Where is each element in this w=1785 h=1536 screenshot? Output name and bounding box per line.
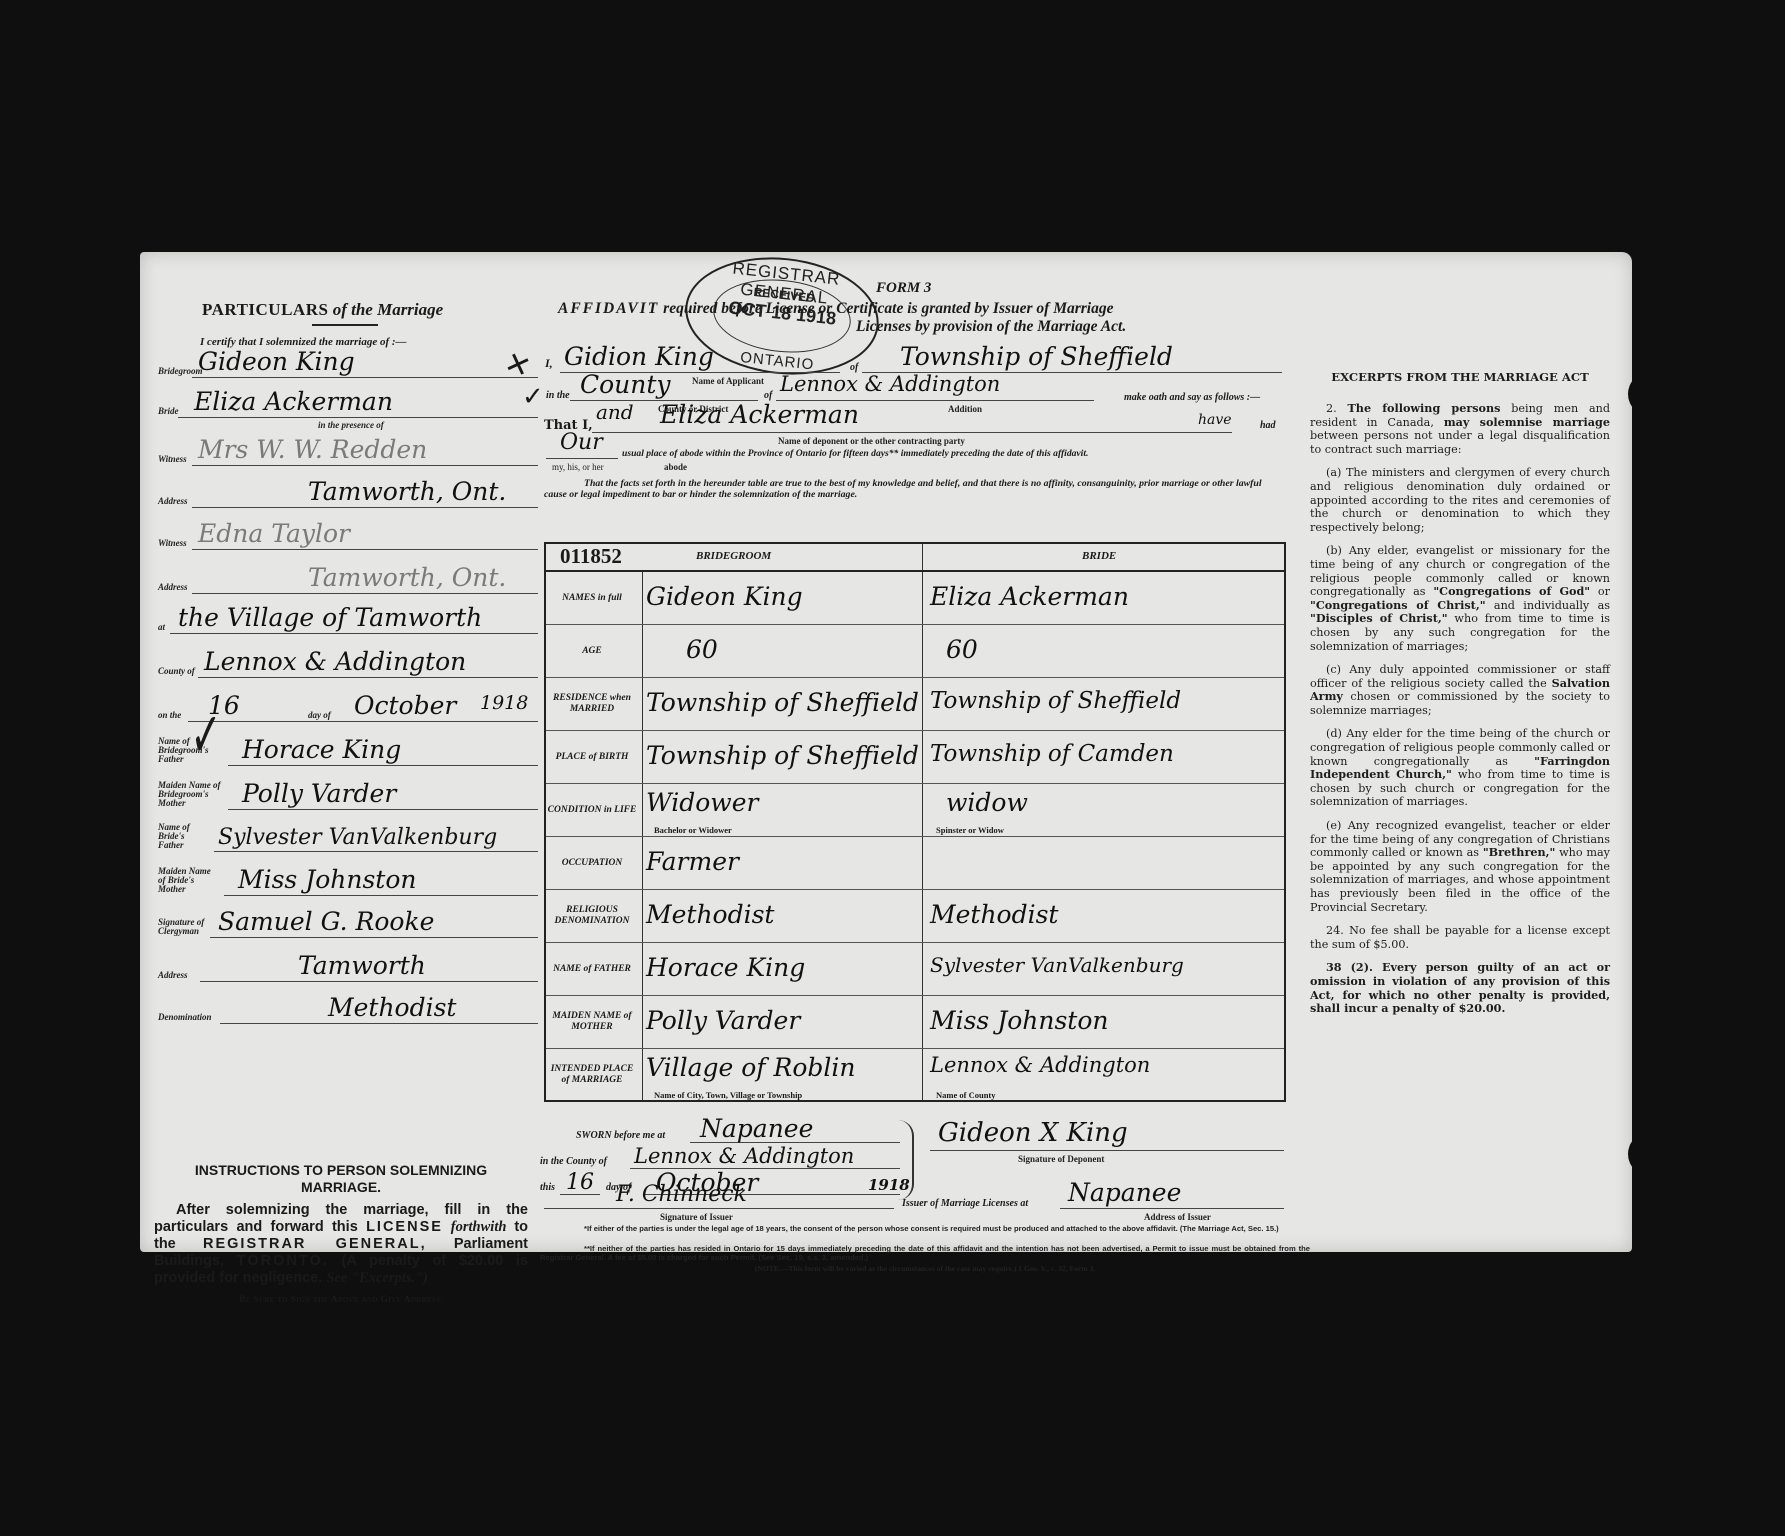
form-number: FORM 3 [876, 280, 931, 297]
punch-hole-top [1628, 372, 1672, 416]
excerpt-e: (e) Any recognized evangelist, teacher o… [1310, 819, 1610, 914]
table-row-birthplace: PLACE of BIRTH Township of Sheffield Tow… [546, 731, 1284, 784]
footnote-3: (NOTE.—This form will be varied as the c… [540, 1264, 1310, 1273]
footnote-2: **If neither of the parties has resided … [540, 1244, 1310, 1262]
sworn-place: Napanee [700, 1114, 813, 1143]
field-denomination: Denomination Methodist [158, 994, 538, 1024]
particulars-title: PARTICULARS of the Marriage [202, 300, 443, 320]
marriage-registration-document: PARTICULARS of the Marriage I certify th… [140, 252, 1632, 1252]
table-body: NAMES in full Gideon King Eliza Ackerman… [546, 572, 1284, 1100]
excerpts-title: EXCERPTS FROM THE MARRIAGE ACT [1310, 370, 1610, 384]
table-row-intended-place: INTENDED PLACE of MARRIAGE Village of Ro… [546, 1049, 1284, 1101]
witness-2-value: Edna Taylor [198, 519, 350, 548]
in-presence-label: in the presence of [318, 420, 384, 430]
clergyman-address-value: Tamworth [298, 951, 426, 980]
excerpt-c: (c) Any duly appointed commissioner or s… [1310, 663, 1610, 717]
sworn-county: Lennox & Addington [634, 1144, 854, 1168]
footnote-1: *If either of the parties is under the l… [540, 1224, 1310, 1233]
excerpt-section-38: 38 (2). Every person guilty of an act or… [1310, 961, 1610, 1015]
bridegroom-mother-value: Polly Varder [242, 779, 396, 808]
table-row-names: NAMES in full Gideon King Eliza Ackerman [546, 572, 1284, 625]
county-value: Lennox & Addington [204, 647, 466, 676]
address-2-value: Tamworth, Ont. [308, 563, 506, 592]
sworn-bracket [898, 1120, 914, 1200]
table-row-mother: MAIDEN NAME of MOTHER Polly Varder Miss … [546, 996, 1284, 1049]
particulars-table: 011852 BRIDEGROOM BRIDE NAMES in full Gi… [544, 542, 1286, 1102]
field-clergyman-signature: Signature of Clergyman Samuel G. Rooke [158, 908, 538, 938]
serial-number: 011852 [560, 544, 622, 569]
instructions-body: After solemnizing the marriage, fill in … [154, 1202, 528, 1287]
affidavit-heading-2: Licenses by provision of the Marriage Ac… [856, 318, 1126, 336]
instructions-footer: Be Sure to Sign the Above and Give Addre… [154, 1295, 528, 1305]
field-witness-2: Witness Edna Taylor [158, 520, 538, 550]
field-bride-father: Name of Bride's Father Sylvester VanValk… [158, 822, 538, 852]
applicant-township: Township of Sheffield [900, 342, 1173, 371]
county-name: Lennox & Addington [780, 372, 1000, 396]
table-row-age: AGE 60 60 [546, 625, 1284, 678]
table-row-occupation: OCCUPATION Farmer [546, 837, 1284, 890]
issuer-address: Napanee [1068, 1178, 1181, 1207]
table-header: 011852 BRIDEGROOM BRIDE [546, 544, 1284, 572]
punch-hole-bottom [1628, 1132, 1672, 1176]
excerpt-section-2: 2. The following persons being men and r… [1310, 402, 1610, 456]
excerpt-section-24: 24. No fee shall be payable for a licens… [1310, 924, 1610, 951]
issuer-signature: F. Chinneck [616, 1182, 747, 1207]
applicant-name: Gidion King [564, 342, 714, 371]
bride-father-value: Sylvester VanValkenburg [218, 825, 497, 850]
place-value: the Village of Tamworth [178, 603, 482, 632]
excerpts-column: EXCERPTS FROM THE MARRIAGE ACT 2. The fo… [1310, 370, 1610, 1026]
sworn-day: 16 [566, 1170, 594, 1195]
bride-mother-value: Miss Johnston [238, 865, 417, 894]
abode-possessive: Our [560, 430, 603, 455]
deponent-signature: Gideon X King [938, 1118, 1128, 1148]
county-or-district: County [580, 370, 671, 399]
table-row-residence: RESIDENCE when MARRIED Township of Sheff… [546, 678, 1284, 731]
witness-1-value: Mrs W. W. Redden [198, 435, 427, 464]
facts-statement: That the facts set forth in the hereunde… [544, 478, 1286, 500]
field-bridegroom-father: Name of Bridegroom's Father Horace King [158, 736, 538, 766]
excerpt-d: (d) Any elder for the time being of the … [1310, 727, 1610, 809]
field-bride-mother: Maiden Name of Bride's Mother Miss Johns… [158, 866, 538, 896]
field-bridegroom: Bridegroom Gideon King [158, 348, 538, 378]
field-county: County of Lennox & Addington [158, 648, 538, 678]
other-party-name: Eliza Ackerman [660, 400, 859, 429]
field-place: at the Village of Tamworth [158, 604, 538, 634]
field-witness-1: Witness Mrs W. W. Redden [158, 436, 538, 466]
clergyman-signature-value: Samuel G. Rooke [218, 907, 434, 936]
field-address-2: Address Tamworth, Ont. [158, 564, 538, 594]
month-value: October [354, 691, 456, 720]
bride-value: Eliza Ackerman [194, 387, 393, 416]
field-bride: Bride Eliza Ackerman [158, 388, 538, 418]
bridegroom-father-value: Horace King [242, 735, 401, 764]
field-address-1: Address Tamworth, Ont. [158, 478, 538, 508]
table-row-father: NAME of FATHER Horace King Sylvester Van… [546, 943, 1284, 996]
title-underline [312, 324, 378, 326]
field-bridegroom-mother: Maiden Name of Bridegroom's Mother Polly… [158, 780, 538, 810]
instructions-block: INSTRUCTIONS TO PERSON SOLEMNIZING MARRI… [154, 1162, 528, 1305]
abode-statement: usual place of abode within the Province… [622, 448, 1088, 459]
instructions-title: INSTRUCTIONS TO PERSON SOLEMNIZING MARRI… [154, 1162, 528, 1196]
bridegroom-value: Gideon King [198, 347, 355, 376]
address-1-value: Tamworth, Ont. [308, 477, 506, 506]
year-value: 1918 [480, 692, 528, 714]
affidavit-heading: AFFIDAVIT required before License or Cer… [558, 300, 1113, 318]
table-row-denomination: RELIGIOUS DENOMINATION Methodist Methodi… [546, 890, 1284, 943]
table-row-condition: CONDITION in LIFE Widower widow Bachelor… [546, 784, 1284, 837]
excerpt-b: (b) Any elder, evangelist or missionary … [1310, 544, 1610, 653]
denomination-value: Methodist [328, 993, 456, 1022]
field-clergyman-address: Address Tamworth [158, 952, 538, 982]
excerpt-a: (a) The ministers and clergymen of every… [1310, 466, 1610, 534]
